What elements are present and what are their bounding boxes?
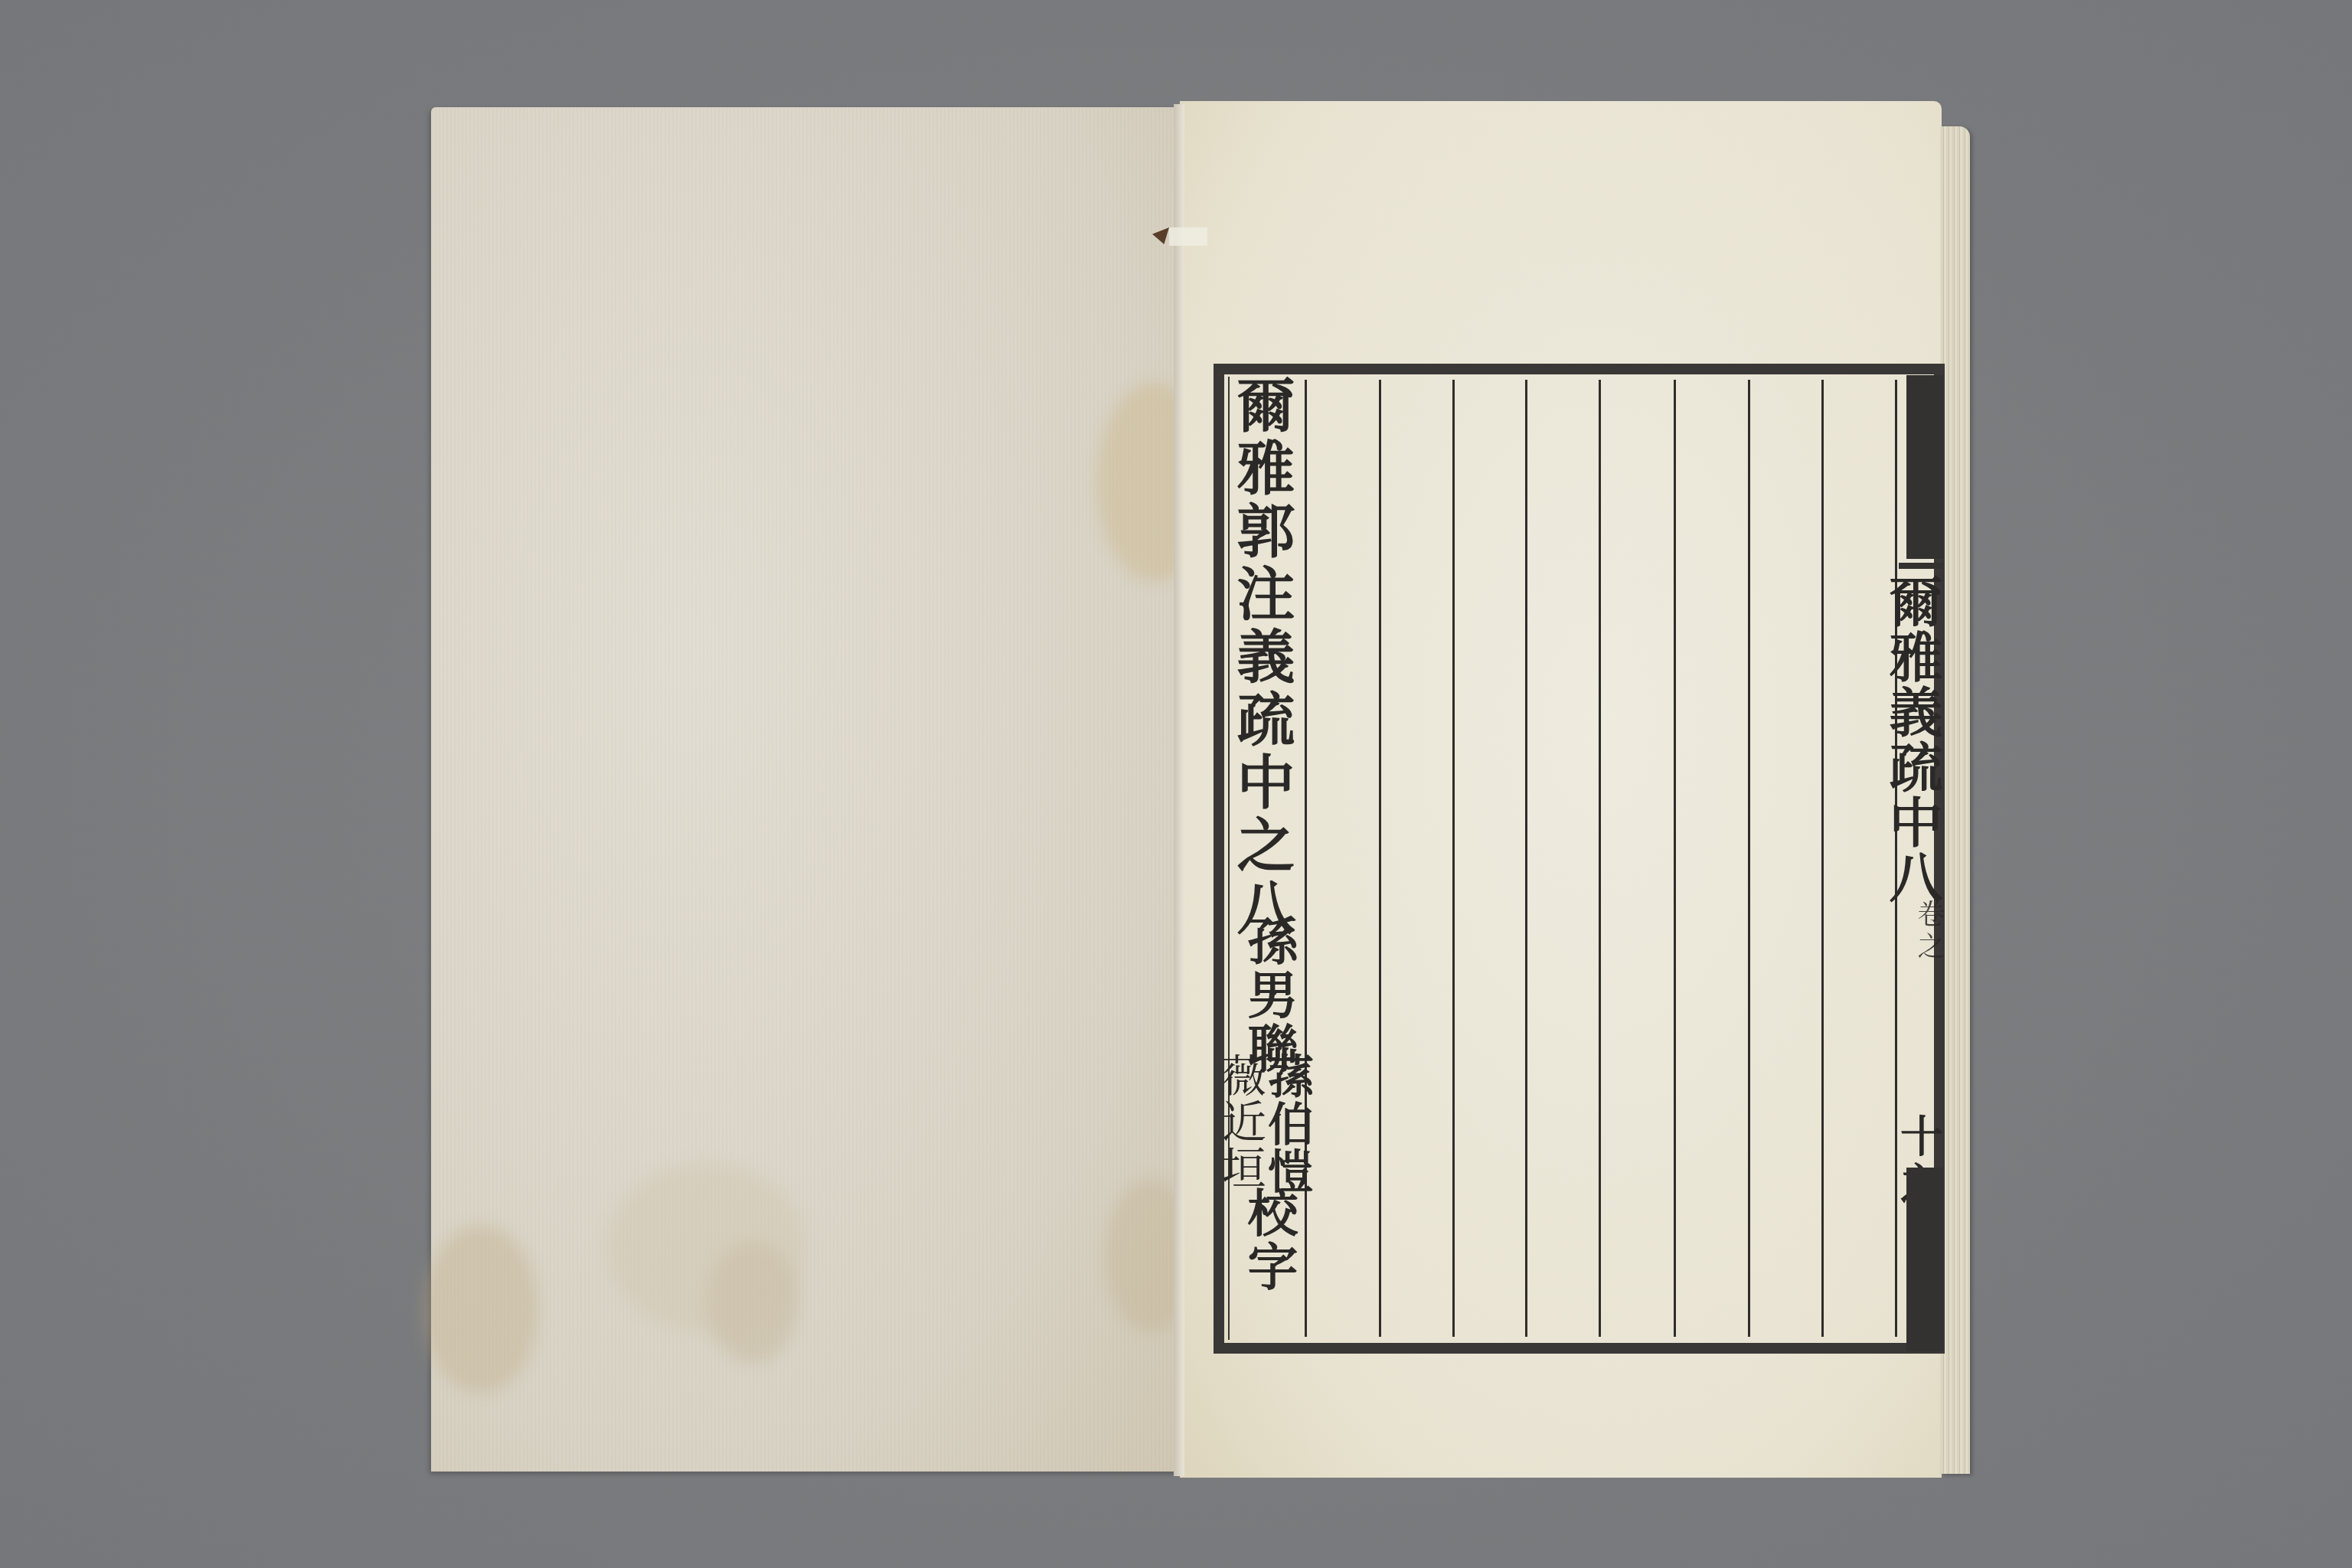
left-blank-page <box>431 107 1181 1472</box>
banxin-fishtail-top <box>1899 563 1943 569</box>
column-rule <box>1748 380 1750 1337</box>
banxin-title: 爾雅義疏中八 <box>1897 574 1951 905</box>
banxin-black-mouth-bottom <box>1906 1168 1943 1351</box>
column-rule <box>1599 380 1601 1337</box>
author-prefix: 孫男聯 <box>1244 915 1305 1076</box>
column-rule <box>1525 380 1527 1337</box>
banxin-black-mouth-top <box>1906 375 1943 559</box>
book-gutter <box>1174 104 1184 1476</box>
column-rule <box>1379 380 1381 1337</box>
author-name-right: 蓀伯愷 <box>1271 1053 1320 1195</box>
book-title: 爾雅郭注義疏中之八 <box>1234 375 1303 940</box>
column-rule <box>1674 380 1676 1337</box>
column-rule <box>1452 380 1455 1337</box>
print-frame-border <box>1214 364 1945 1354</box>
column-rule <box>1821 380 1824 1337</box>
author-suffix: 校字 <box>1244 1187 1305 1294</box>
banxin-subtitle: 卷之 <box>1918 900 1949 964</box>
binding-thread-tear <box>1169 227 1207 246</box>
